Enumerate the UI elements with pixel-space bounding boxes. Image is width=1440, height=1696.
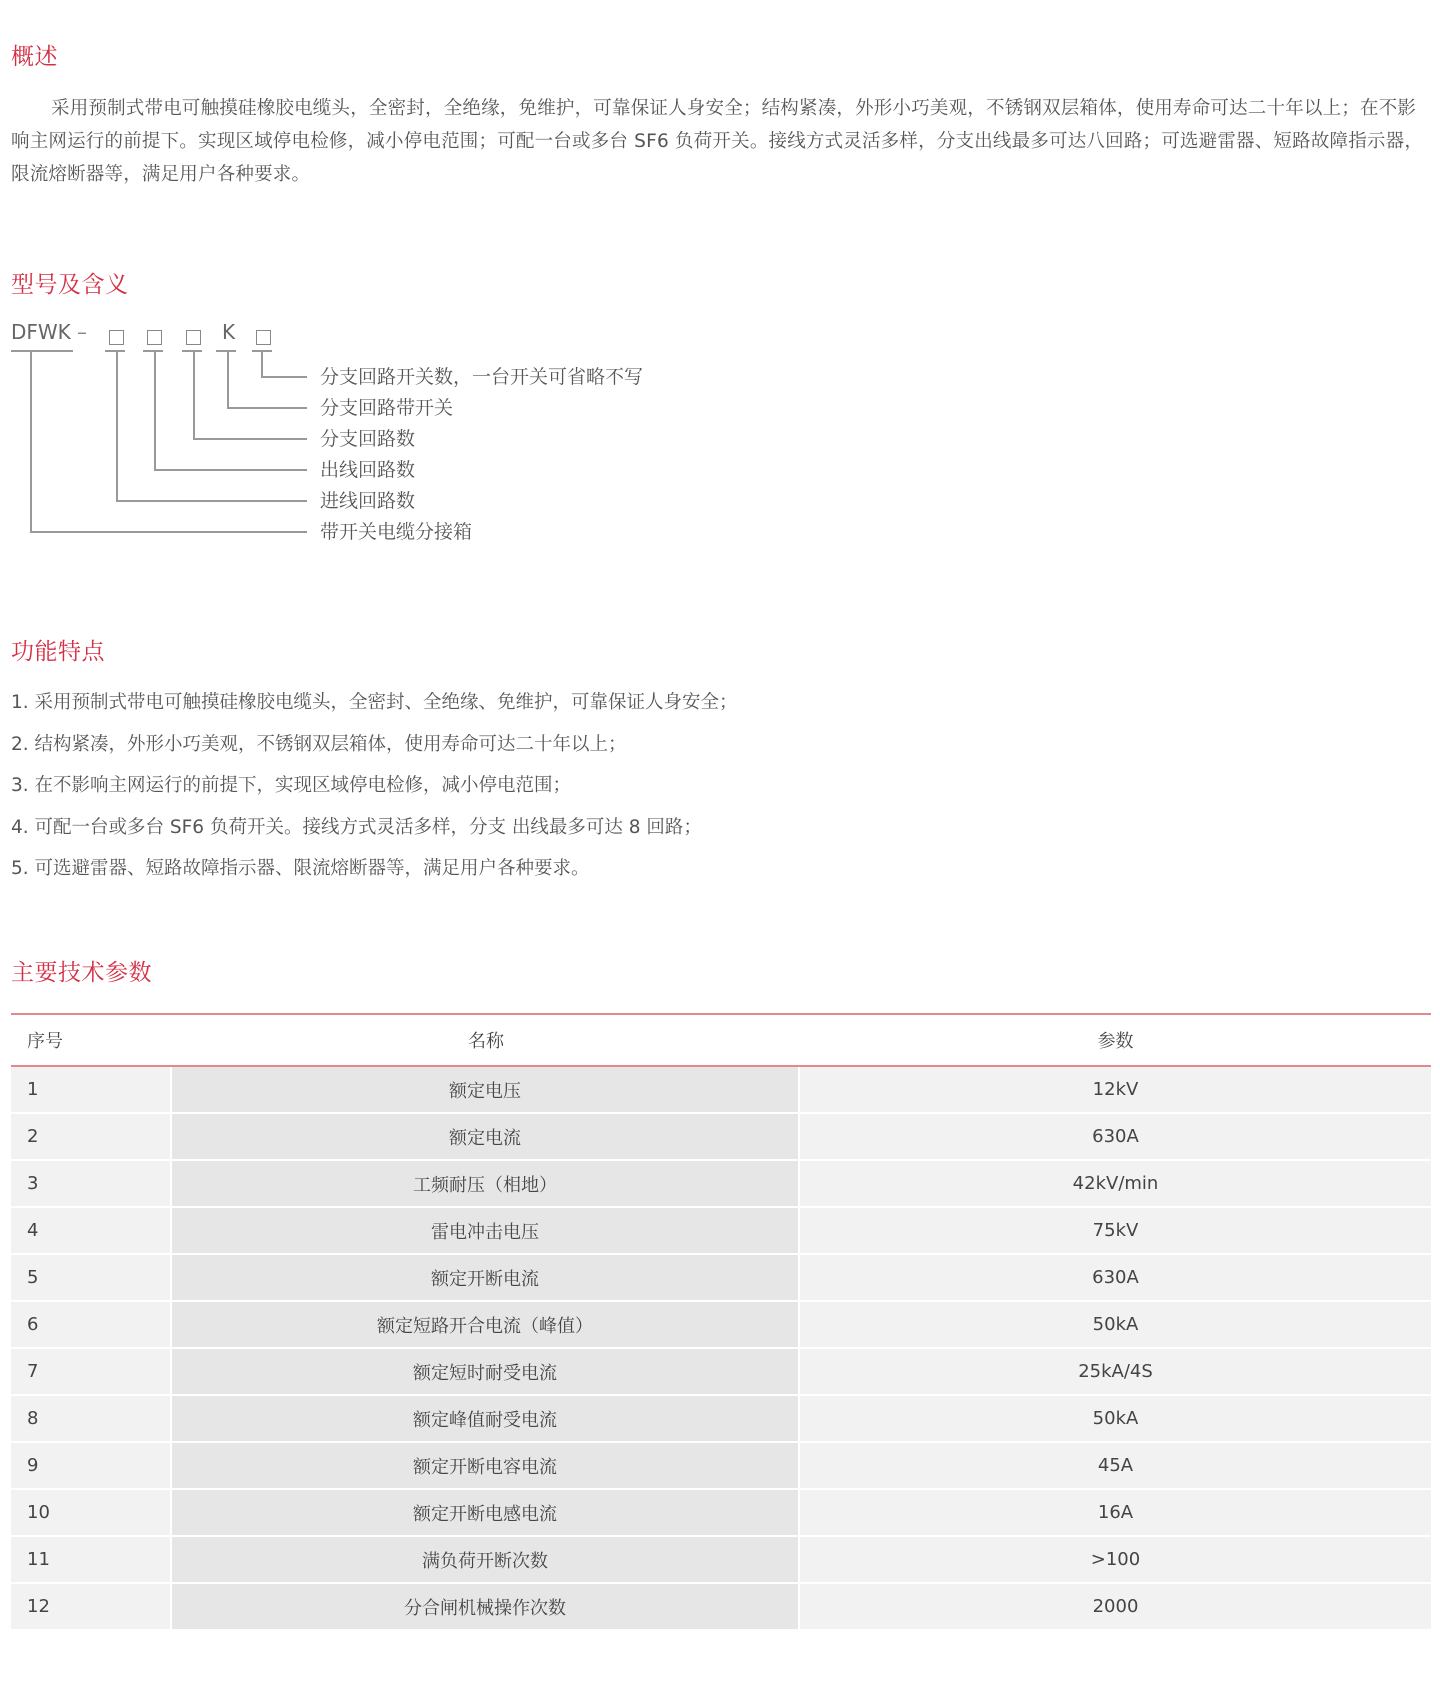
table-row: 7额定短时耐受电流25kA/4S	[11, 1349, 1431, 1396]
overview-title: 概述	[11, 38, 58, 71]
specs-title: 主要技术参数	[11, 954, 152, 987]
cell-index: 6	[11, 1302, 172, 1349]
placeholder-box-outgoing	[147, 330, 162, 345]
cell-index: 1	[11, 1067, 172, 1114]
cell-value: 2000	[800, 1584, 1431, 1631]
table-row: 4雷电冲击电压75kV	[11, 1208, 1431, 1255]
cell-name: 分合闸机械操作次数	[172, 1584, 800, 1631]
cell-name: 额定峰值耐受电流	[172, 1396, 800, 1443]
cell-name: 额定短路开合电流（峰值）	[172, 1302, 800, 1349]
overview-text: 采用预制式带电可触摸硅橡胶电缆头，全密封，全绝缘，免维护，可靠保证人身安全；结构…	[11, 92, 1431, 191]
placeholder-box-incoming	[109, 330, 124, 345]
model-code-dash: –	[77, 320, 87, 344]
cell-name: 额定开断电容电流	[172, 1443, 800, 1490]
cell-value: 45A	[800, 1443, 1431, 1490]
feature-item: 3. 在不影响主网运行的前提下，实现区域停电检修，减小停电范围；	[11, 771, 738, 813]
feature-list: 1. 采用预制式带电可触摸硅橡胶电缆头，全密封、全绝缘、免维护，可靠保证人身安全…	[11, 688, 738, 896]
placeholder-box-switch-count	[256, 330, 271, 345]
spec-table: 序号 名称 参数 1额定电压12kV 2额定电流630A 3工频耐压（相地）42…	[11, 1013, 1431, 1631]
table-row: 11满负荷开断次数>100	[11, 1537, 1431, 1584]
placeholder-box-branch	[186, 330, 201, 345]
desc-cable-branch-box: 带开关电缆分接箱	[320, 517, 472, 544]
cell-index: 8	[11, 1396, 172, 1443]
desc-switch-count: 分支回路开关数，一台开关可省略不写	[320, 362, 643, 389]
cell-index: 9	[11, 1443, 172, 1490]
cell-name: 额定短时耐受电流	[172, 1349, 800, 1396]
desc-branch-count: 分支回路数	[320, 424, 415, 451]
table-row: 8额定峰值耐受电流50kA	[11, 1396, 1431, 1443]
cell-name: 额定电压	[172, 1067, 800, 1114]
cell-value: >100	[800, 1537, 1431, 1584]
model-code-letter-k: K	[222, 320, 235, 344]
cell-index: 7	[11, 1349, 172, 1396]
cell-name: 额定电流	[172, 1114, 800, 1161]
table-row: 3工频耐压（相地）42kV/min	[11, 1161, 1431, 1208]
cell-value: 50kA	[800, 1302, 1431, 1349]
cell-value: 25kA/4S	[800, 1349, 1431, 1396]
model-code-prefix: DFWK	[11, 320, 71, 344]
desc-outgoing-count: 出线回路数	[320, 455, 415, 482]
cell-name: 工频耐压（相地）	[172, 1161, 800, 1208]
cell-value: 42kV/min	[800, 1161, 1431, 1208]
cell-value: 12kV	[800, 1067, 1431, 1114]
table-row: 1额定电压12kV	[11, 1067, 1431, 1114]
cell-value: 50kA	[800, 1396, 1431, 1443]
table-row: 9额定开断电容电流45A	[11, 1443, 1431, 1490]
cell-index: 10	[11, 1490, 172, 1537]
cell-name: 满负荷开断次数	[172, 1537, 800, 1584]
cell-value: 16A	[800, 1490, 1431, 1537]
header-index: 序号	[11, 1013, 172, 1067]
cell-index: 4	[11, 1208, 172, 1255]
cell-value: 75kV	[800, 1208, 1431, 1255]
cell-index: 5	[11, 1255, 172, 1302]
cell-index: 3	[11, 1161, 172, 1208]
desc-branch-with-switch: 分支回路带开关	[320, 393, 453, 420]
feature-item: 4. 可配一台或多台 SF6 负荷开关。接线方式灵活多样，分支 出线最多可达 8…	[11, 813, 738, 855]
cell-index: 2	[11, 1114, 172, 1161]
features-title: 功能特点	[11, 633, 105, 666]
cell-name: 额定开断电感电流	[172, 1490, 800, 1537]
table-row: 2额定电流630A	[11, 1114, 1431, 1161]
feature-item: 2. 结构紧凑，外形小巧美观，不锈钢双层箱体，使用寿命可达二十年以上；	[11, 730, 738, 772]
table-row: 12分合闸机械操作次数2000	[11, 1584, 1431, 1631]
model-title: 型号及含义	[11, 266, 129, 299]
cell-index: 11	[11, 1537, 172, 1584]
cell-name: 雷电冲击电压	[172, 1208, 800, 1255]
table-row: 5额定开断电流630A	[11, 1255, 1431, 1302]
header-name: 名称	[172, 1013, 800, 1067]
cell-index: 12	[11, 1584, 172, 1631]
table-row: 6额定短路开合电流（峰值）50kA	[11, 1302, 1431, 1349]
desc-incoming-count: 进线回路数	[320, 486, 415, 513]
cell-name: 额定开断电流	[172, 1255, 800, 1302]
model-code-diagram: DFWK – K 分支回路开关数，一台开关可省略不写 分支回路带开关 分支回路数…	[0, 320, 720, 570]
feature-item: 1. 采用预制式带电可触摸硅橡胶电缆头，全密封、全绝缘、免维护，可靠保证人身安全…	[11, 688, 738, 730]
table-header-row: 序号 名称 参数	[11, 1013, 1431, 1067]
header-value: 参数	[800, 1013, 1431, 1067]
cell-value: 630A	[800, 1114, 1431, 1161]
feature-item: 5. 可选避雷器、短路故障指示器、限流熔断器等，满足用户各种要求。	[11, 854, 738, 896]
table-row: 10额定开断电感电流16A	[11, 1490, 1431, 1537]
cell-value: 630A	[800, 1255, 1431, 1302]
